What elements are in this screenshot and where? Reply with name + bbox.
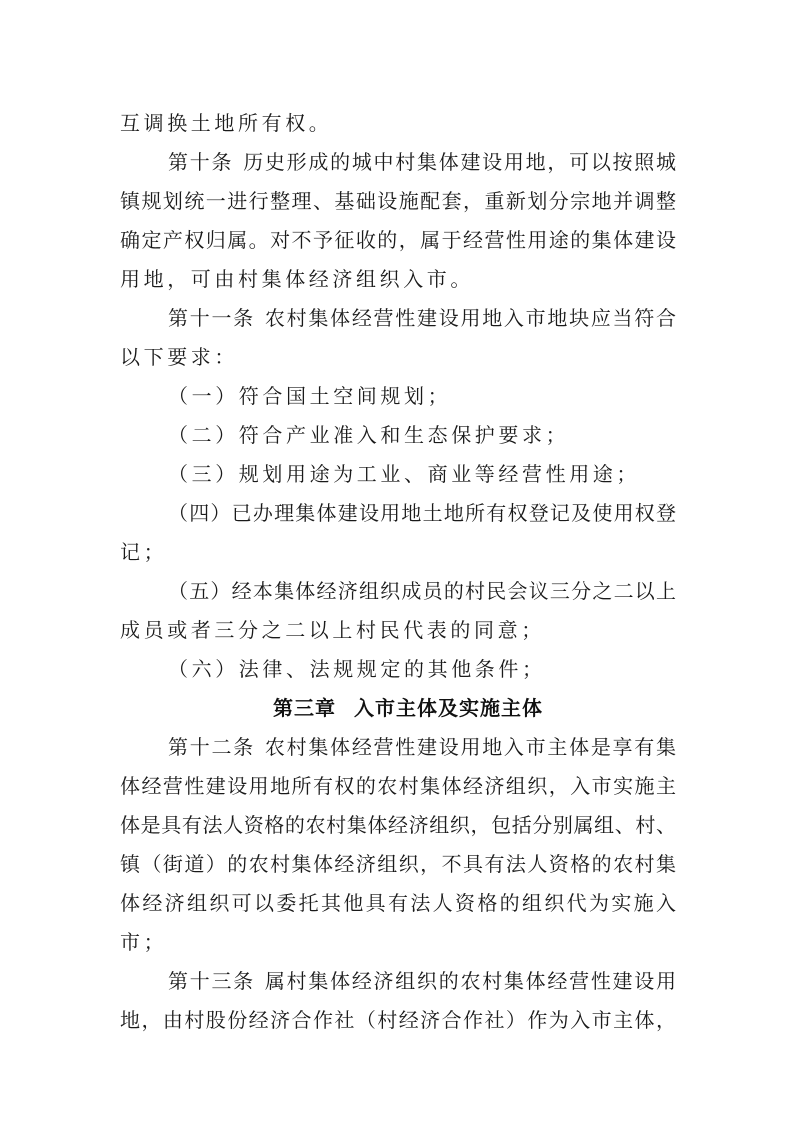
document-page: 互调换土地所有权。 第十条历史形成的城中村集体建设用地，可以按照城 镇规划统一进… xyxy=(120,104,676,1040)
list-item-6: （六）法律、法规规定的其他条件； xyxy=(120,650,676,689)
text-line: 用地，可由村集体经济组织入市。 xyxy=(120,260,676,299)
article-text: 属村集体经济组织的农村集体经营性建设用 xyxy=(265,969,676,993)
text-line: 市； xyxy=(120,923,676,962)
article-10-line-1: 第十条历史形成的城中村集体建设用地，可以按照城 xyxy=(120,143,676,182)
article-13-line-1: 第十三条属村集体经济组织的农村集体经营性建设用 xyxy=(120,962,676,1001)
list-item-2: （二）符合产业准入和生态保护要求； xyxy=(120,416,676,455)
article-text: 农村集体经营性建设用地入市主体是享有集 xyxy=(265,735,676,759)
list-item-4: （四）已办理集体建设用地土地所有权登记及使用权登 xyxy=(120,494,676,533)
article-number: 第十一条 xyxy=(168,306,255,330)
article-text: 历史形成的城中村集体建设用地，可以按照城 xyxy=(243,150,676,174)
text-line: 镇规划统一进行整理、基础设施配套，重新划分宗地并调整 xyxy=(120,182,676,221)
text-line: 互调换土地所有权。 xyxy=(120,104,676,143)
chapter-number: 第三章 xyxy=(273,696,336,720)
text-line: 体经营性建设用地所有权的农村集体经济组织，入市实施主 xyxy=(120,767,676,806)
text-line: 地，由村股份经济合作社（村经济合作社）作为入市主体， xyxy=(120,1001,676,1040)
list-item-3: （三）规划用途为工业、商业等经营性用途； xyxy=(120,455,676,494)
chapter-heading: 第三章入市主体及实施主体 xyxy=(120,689,676,728)
text-line: 确定产权归属。对不予征收的，属于经营性用途的集体建设 xyxy=(120,221,676,260)
article-number: 第十三条 xyxy=(168,969,255,993)
text-line: 体是具有法人资格的农村集体经济组织，包括分别属组、村、 xyxy=(120,806,676,845)
article-11-line-1: 第十一条农村集体经营性建设用地入市地块应当符合 xyxy=(120,299,676,338)
article-12-line-1: 第十二条农村集体经营性建设用地入市主体是享有集 xyxy=(120,728,676,767)
list-item-4-cont: 记； xyxy=(120,533,676,572)
list-item-1: （一）符合国土空间规划； xyxy=(120,377,676,416)
article-number: 第十条 xyxy=(168,150,233,174)
text-line: 镇（街道）的农村集体经济组织，不具有法人资格的农村集 xyxy=(120,845,676,884)
article-number: 第十二条 xyxy=(168,735,255,759)
chapter-title: 入市主体及实施主体 xyxy=(354,696,543,720)
article-text: 农村集体经营性建设用地入市地块应当符合 xyxy=(265,306,676,330)
text-line: 以下要求： xyxy=(120,338,676,377)
text-line: 体经济组织可以委托其他具有法人资格的组织代为实施入 xyxy=(120,884,676,923)
list-item-5: （五）经本集体经济组织成员的村民会议三分之二以上 xyxy=(120,572,676,611)
list-item-5-cont: 成员或者三分之二以上村民代表的同意； xyxy=(120,611,676,650)
